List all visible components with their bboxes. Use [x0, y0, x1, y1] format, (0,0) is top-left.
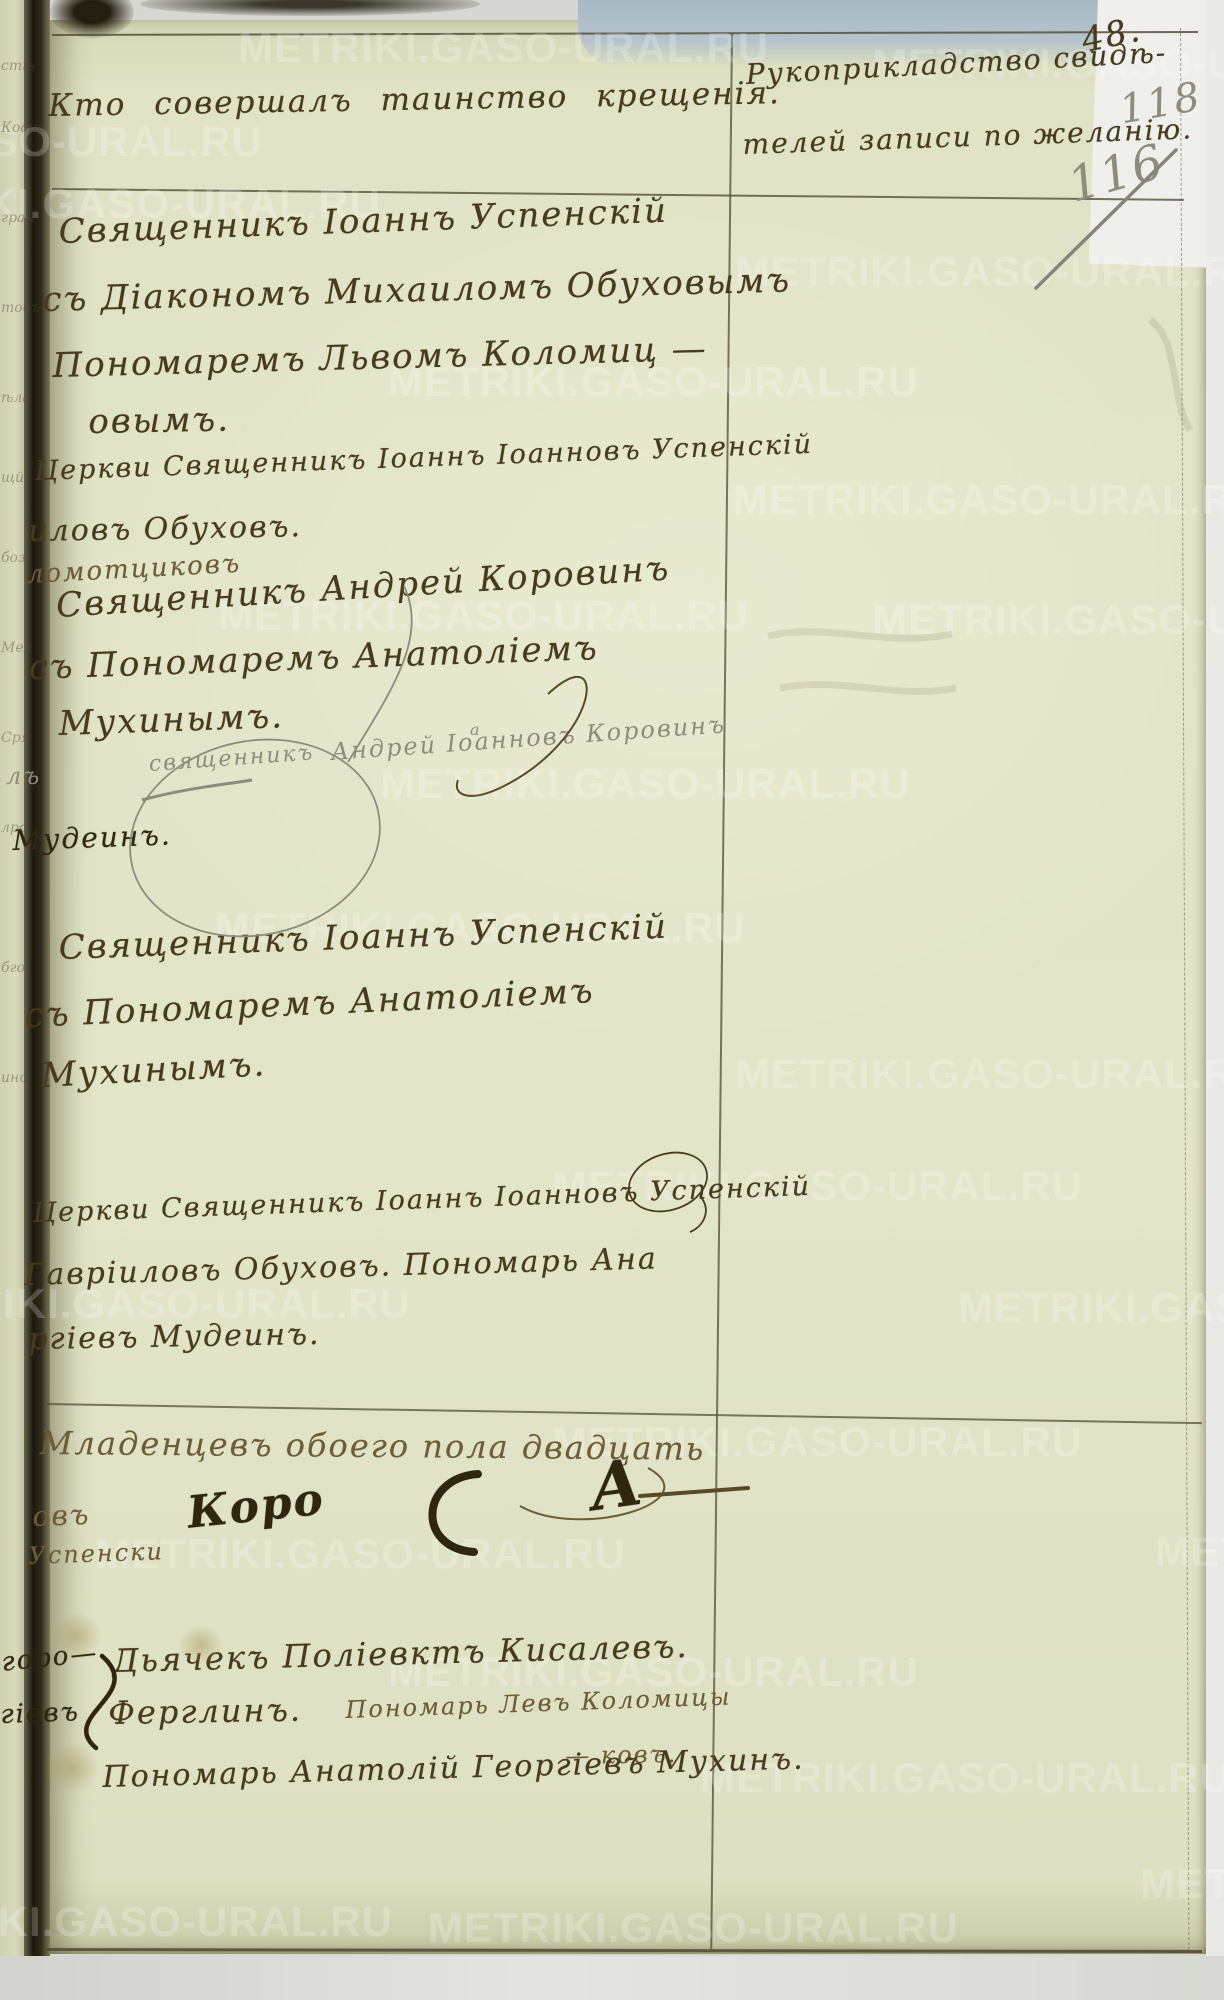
pencil-oval [112, 586, 412, 959]
strike-line [1036, 150, 1176, 288]
flourish-scribble-layer [0, 0, 1224, 2000]
ink-showthrough [768, 320, 1190, 691]
summary-tail-flourish [520, 1468, 664, 1519]
heavy-ink-bar [640, 1488, 748, 1496]
signature-curl [621, 1143, 714, 1232]
ink-flourish [457, 677, 587, 796]
heavy-ink-crescent [432, 1474, 478, 1552]
scanned-metrical-book-page: METRIKI.GASO-URAL.RUMETRIKI.GASO-URAL.RU… [0, 0, 1224, 2000]
margin-flourish [86, 1656, 114, 1748]
